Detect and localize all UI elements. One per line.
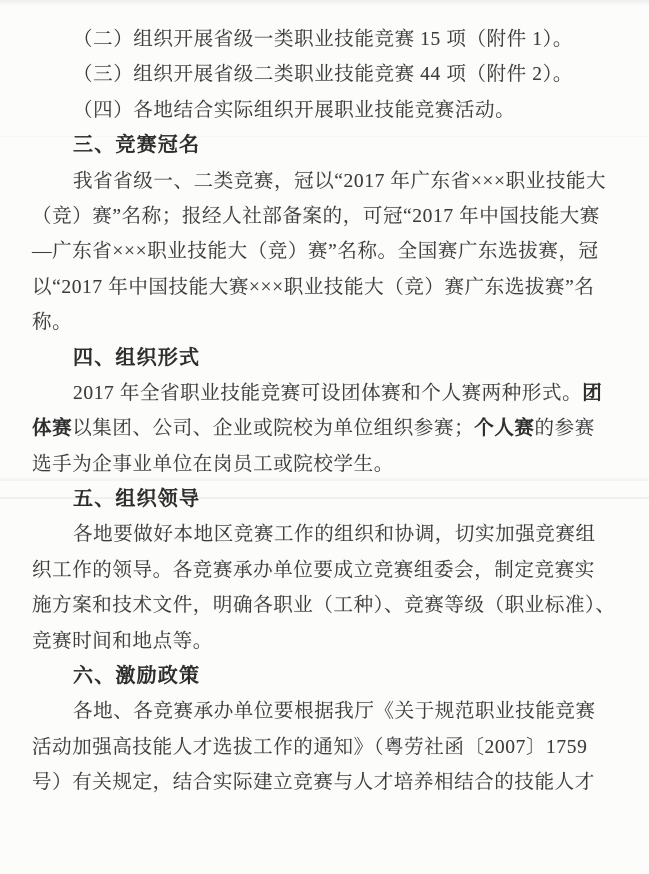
text-segment: 各地、各竞赛承办单位要根据我厅《关于规范职业技能竞赛 (73, 701, 596, 722)
emphasized-text: 团 (582, 383, 602, 404)
paragraph-line: 号）有关规定，结合实际建立竞赛与人才培养相结合的技能人才 (32, 765, 636, 800)
paragraph-line: 竞赛时间和地点等。 (32, 624, 636, 659)
section-heading-3: 三、竞赛冠名 (32, 128, 636, 163)
text-segment: 的参赛 (535, 418, 595, 439)
paragraph-line: （竞）赛”名称；报经人社部备案的，可冠“2017 年中国技能大赛 (32, 199, 636, 234)
section-heading-6: 六、激励政策 (32, 659, 636, 694)
paragraph-line: 2017 年全省职业技能竞赛可设团体赛和个人赛两种形式。团 (32, 376, 636, 411)
paragraph-line: （二）组织开展省级一类职业技能竞赛 15 项（附件 1）。 (32, 22, 636, 57)
text-segment: 选手为企事业单位在岗员工或院校学生。 (32, 454, 394, 475)
text-segment: 五、组织领导 (73, 488, 200, 510)
text-segment: （四）各地结合实际组织开展职业技能竞赛活动。 (73, 100, 515, 121)
text-segment: （三）组织开展省级二类职业技能竞赛 44 项（附件 2）。 (73, 64, 573, 85)
paragraph-line: 活动加强高技能人才选拔工作的通知》（粤劳社函〔2007〕1759 (32, 730, 636, 765)
text-segment: 施方案和技术文件，明确各职业（工种）、竞赛等级（职业标准）、 (32, 595, 616, 616)
paragraph-line: 施方案和技术文件，明确各职业（工种）、竞赛等级（职业标准）、 (32, 588, 636, 623)
paragraph-line: 称。 (32, 305, 636, 340)
text-segment: 织工作的领导。各竞赛承办单位要成立竞赛组委会，制定竞赛实 (32, 560, 595, 581)
text-segment: 各地要做好本地区竞赛工作的组织和协调，切实加强竞赛组 (73, 524, 596, 545)
text-segment: 称。 (32, 312, 72, 333)
text-segment: （竞）赛”名称；报经人社部备案的，可冠“2017 年中国技能大赛 (32, 206, 600, 227)
paragraph-line: 织工作的领导。各竞赛承办单位要成立竞赛组委会，制定竞赛实 (32, 553, 636, 588)
paragraph-line: 选手为企事业单位在岗员工或院校学生。 (32, 447, 636, 482)
paragraph-line: 我省省级一、二类竞赛，冠以“2017 年广东省×××职业技能大 (32, 164, 636, 199)
text-segment: 竞赛时间和地点等。 (32, 631, 213, 652)
paragraph-line: 以“2017 年中国技能大赛×××职业技能大（竞）赛广东选拔赛”名 (32, 270, 636, 305)
text-segment: 我省省级一、二类竞赛，冠以“2017 年广东省×××职业技能大 (73, 171, 606, 192)
paragraph-line: 各地要做好本地区竞赛工作的组织和协调，切实加强竞赛组 (32, 517, 636, 552)
text-segment: 2017 年全省职业技能竞赛可设团体赛和个人赛两种形式。 (73, 383, 582, 404)
emphasized-text: 体赛 (32, 418, 72, 439)
document-page: （二）组织开展省级一类职业技能竞赛 15 项（附件 1）。（三）组织开展省级二类… (0, 0, 649, 874)
text-segment: 四、组织形式 (73, 347, 200, 369)
paragraph-line: —广东省×××职业技能大（竞）赛”名称。全国赛广东选拔赛，冠 (32, 234, 636, 269)
paragraph-line: （三）组织开展省级二类职业技能竞赛 44 项（附件 2）。 (32, 57, 636, 92)
paragraph-line: 各地、各竞赛承办单位要根据我厅《关于规范职业技能竞赛 (32, 694, 636, 729)
paragraph-line: 体赛以集团、公司、企业或院校为单位组织参赛；个人赛的参赛 (32, 411, 636, 446)
document-body: （二）组织开展省级一类职业技能竞赛 15 项（附件 1）。（三）组织开展省级二类… (32, 22, 636, 801)
text-segment: 六、激励政策 (73, 665, 200, 687)
text-segment: —广东省×××职业技能大（竞）赛”名称。全国赛广东选拔赛，冠 (32, 241, 599, 262)
section-heading-5: 五、组织领导 (32, 482, 636, 517)
text-segment: 活动加强高技能人才选拔工作的通知》（粤劳社函〔2007〕1759 (32, 737, 587, 758)
text-segment: 号）有关规定，结合实际建立竞赛与人才培养相结合的技能人才 (32, 772, 595, 793)
text-segment: （二）组织开展省级一类职业技能竞赛 15 项（附件 1）。 (73, 29, 573, 50)
text-segment: 以集团、公司、企业或院校为单位组织参赛； (72, 418, 474, 439)
text-segment: 以“2017 年中国技能大赛×××职业技能大（竞）赛广东选拔赛”名 (32, 277, 594, 298)
section-heading-4: 四、组织形式 (32, 341, 636, 376)
text-segment: 三、竞赛冠名 (73, 134, 200, 156)
paragraph-line: （四）各地结合实际组织开展职业技能竞赛活动。 (32, 93, 636, 128)
emphasized-text: 个人赛 (474, 418, 534, 439)
